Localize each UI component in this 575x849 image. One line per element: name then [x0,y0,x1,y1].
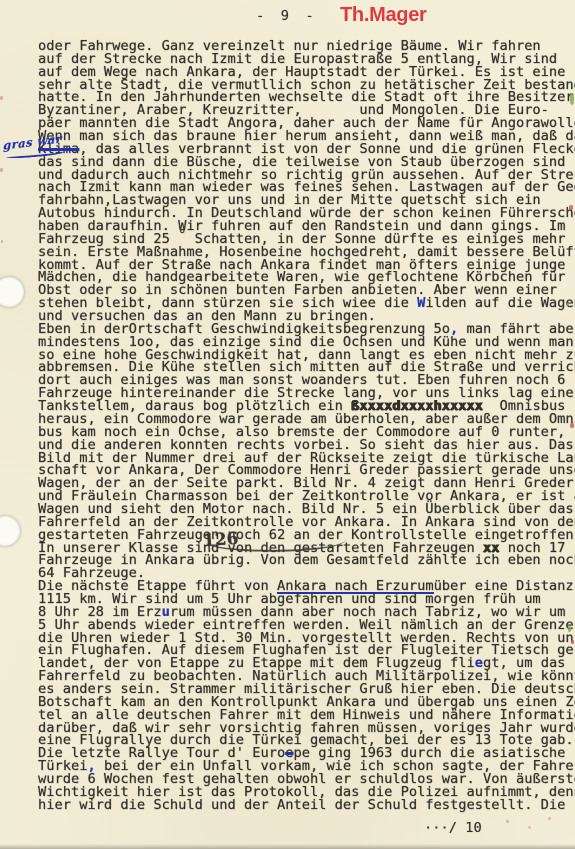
scan-speck [566,303,569,306]
scan-speck [0,168,3,172]
scan-bottom-edge [0,844,575,849]
scan-speck [569,205,573,210]
scan-speck [570,423,574,428]
typed-line: hier wird die Schuld und der Anteil der … [38,799,575,812]
footer-continuation-mark: ···/ 10 [424,820,482,836]
scan-speck [528,826,531,829]
scan-speck [548,817,551,820]
author-watermark: Th.Mager [340,4,427,27]
document-page: - 9 - Th.Mager oder Fahrwege. Ganz verei… [0,0,575,849]
scan-speck [571,640,574,644]
scan-speck [506,820,509,823]
hole-punch-top [0,277,24,307]
hole-punch-bottom [0,516,20,546]
typed-text: oder Fahrwege. Ganz vereinzelt nur niedr… [38,40,575,812]
scan-speck [0,96,3,100]
scan-speck [570,93,574,105]
scan-speck [568,626,571,632]
page-number: - 9 - [256,8,314,24]
scan-speck [1,240,3,243]
